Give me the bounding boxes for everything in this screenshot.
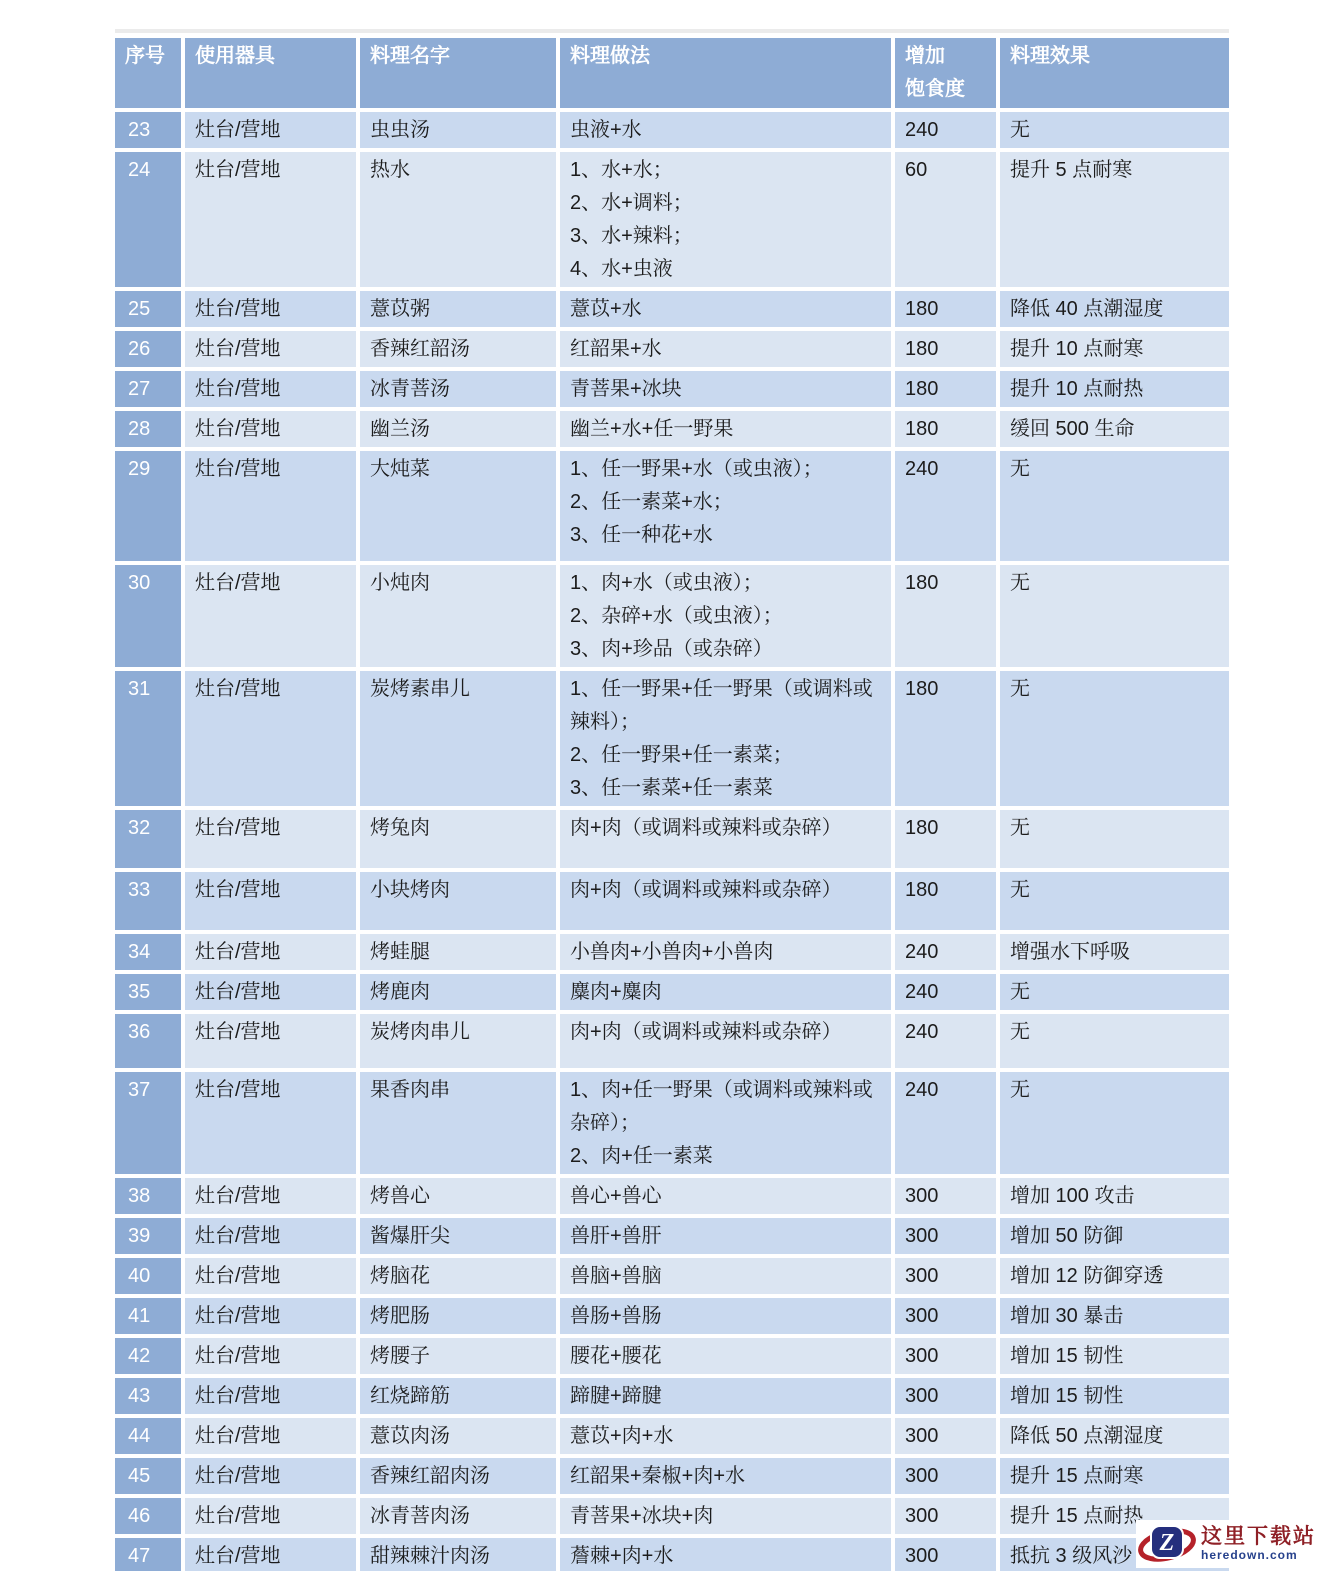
satiety-cell: 180: [895, 371, 996, 407]
recipe-cell: 蹄腱+蹄腱: [560, 1378, 891, 1414]
table-row: 29灶台/营地大炖菜1、任一野果+水（或虫液）； 2、任一素菜+水； 3、任一种…: [115, 451, 1229, 561]
effect-cell: 无: [1000, 112, 1229, 148]
dish-name-cell: 烤肥肠: [360, 1298, 556, 1334]
recipe-cell: 1、水+水； 2、水+调料； 3、水+辣料； 4、水+虫液: [560, 152, 891, 287]
row-number-cell: 47: [115, 1538, 181, 1571]
table-row: 24灶台/营地热水1、水+水； 2、水+调料； 3、水+辣料； 4、水+虫液60…: [115, 152, 1229, 287]
satiety-cell: 300: [895, 1378, 996, 1414]
row-number-cell: 28: [115, 411, 181, 447]
effect-cell: 增加 100 攻击: [1000, 1178, 1229, 1214]
recipe-cell: 肉+肉（或调料或辣料或杂碎）: [560, 1014, 891, 1068]
table-row: 44灶台/营地薏苡肉汤薏苡+肉+水300降低 50 点潮湿度: [115, 1418, 1229, 1454]
row-number-cell: 27: [115, 371, 181, 407]
page: 序号使用器具料理名字料理做法增加 饱食度料理效果 23灶台/营地虫虫汤虫液+水2…: [0, 0, 1320, 1571]
table-row: 41灶台/营地烤肥肠兽肠+兽肠300增加 30 暴击: [115, 1298, 1229, 1334]
heredown-logo-icon: Z: [1138, 1521, 1196, 1567]
recipe-cell: 虫液+水: [560, 112, 891, 148]
table-row: 37灶台/营地果香肉串1、肉+任一野果（或调料或辣料或杂碎）； 2、肉+任一素菜…: [115, 1072, 1229, 1174]
row-number-cell: 24: [115, 152, 181, 287]
table-row: 28灶台/营地幽兰汤幽兰+水+任一野果180缓回 500 生命: [115, 411, 1229, 447]
recipe-cell: 兽肠+兽肠: [560, 1298, 891, 1334]
satiety-cell: 180: [895, 810, 996, 868]
row-number-cell: 34: [115, 934, 181, 970]
row-number-cell: 41: [115, 1298, 181, 1334]
tool-cell: 灶台/营地: [185, 1258, 356, 1294]
effect-cell: 无: [1000, 1014, 1229, 1068]
effect-cell: 增加 15 韧性: [1000, 1338, 1229, 1374]
effect-cell: 无: [1000, 565, 1229, 667]
column-header-2: 料理名字: [360, 38, 556, 108]
satiety-cell: 300: [895, 1258, 996, 1294]
recipe-cell: 1、肉+水（或虫液）； 2、杂碎+水（或虫液）； 3、肉+珍品（或杂碎）: [560, 565, 891, 667]
satiety-cell: 300: [895, 1218, 996, 1254]
satiety-cell: 180: [895, 565, 996, 667]
satiety-cell: 240: [895, 974, 996, 1010]
column-header-0: 序号: [115, 38, 181, 108]
logo-letter: Z: [1159, 1530, 1175, 1556]
dish-name-cell: 烤鹿肉: [360, 974, 556, 1010]
dish-name-cell: 薏苡粥: [360, 291, 556, 327]
table-row: 27灶台/营地冰青菩汤青菩果+冰块180提升 10 点耐热: [115, 371, 1229, 407]
row-number-cell: 23: [115, 112, 181, 148]
table-row: 32灶台/营地烤兔肉肉+肉（或调料或辣料或杂碎）180无: [115, 810, 1229, 868]
satiety-cell: 240: [895, 1014, 996, 1068]
row-number-cell: 30: [115, 565, 181, 667]
row-number-cell: 46: [115, 1498, 181, 1534]
dish-name-cell: 甜辣棘汁肉汤: [360, 1538, 556, 1571]
effect-cell: 缓回 500 生命: [1000, 411, 1229, 447]
recipe-cell: 1、肉+任一野果（或调料或辣料或杂碎）； 2、肉+任一素菜: [560, 1072, 891, 1174]
column-header-5: 料理效果: [1000, 38, 1229, 108]
tool-cell: 灶台/营地: [185, 565, 356, 667]
dish-name-cell: 红烧蹄筋: [360, 1378, 556, 1414]
dish-name-cell: 炭烤肉串儿: [360, 1014, 556, 1068]
dish-name-cell: 果香肉串: [360, 1072, 556, 1174]
tool-cell: 灶台/营地: [185, 331, 356, 367]
satiety-cell: 300: [895, 1498, 996, 1534]
effect-cell: 无: [1000, 810, 1229, 868]
row-number-cell: 25: [115, 291, 181, 327]
recipe-cell: 麋肉+麋肉: [560, 974, 891, 1010]
dish-name-cell: 烤蛙腿: [360, 934, 556, 970]
dish-name-cell: 香辣红韶肉汤: [360, 1458, 556, 1494]
table-row: 47灶台/营地甜辣棘汁肉汤薝棘+肉+水300抵抗 3 级风沙: [115, 1538, 1229, 1571]
satiety-cell: 180: [895, 331, 996, 367]
satiety-cell: 240: [895, 451, 996, 561]
satiety-cell: 180: [895, 291, 996, 327]
satiety-cell: 300: [895, 1418, 996, 1454]
tool-cell: 灶台/营地: [185, 872, 356, 930]
column-header-3: 料理做法: [560, 38, 891, 108]
recipe-cell: 青菩果+冰块: [560, 371, 891, 407]
tool-cell: 灶台/营地: [185, 1538, 356, 1571]
effect-cell: 增加 30 暴击: [1000, 1298, 1229, 1334]
table-row: 42灶台/营地烤腰子腰花+腰花300增加 15 韧性: [115, 1338, 1229, 1374]
dish-name-cell: 烤兽心: [360, 1178, 556, 1214]
table-row: 34灶台/营地烤蛙腿小兽肉+小兽肉+小兽肉240增强水下呼吸: [115, 934, 1229, 970]
tool-cell: 灶台/营地: [185, 1178, 356, 1214]
recipe-table: 序号使用器具料理名字料理做法增加 饱食度料理效果 23灶台/营地虫虫汤虫液+水2…: [111, 34, 1233, 1571]
dish-name-cell: 烤腰子: [360, 1338, 556, 1374]
table-body: 23灶台/营地虫虫汤虫液+水240无24灶台/营地热水1、水+水； 2、水+调料…: [115, 112, 1229, 1571]
dish-name-cell: 烤兔肉: [360, 810, 556, 868]
recipe-cell: 1、任一野果+任一野果（或调料或辣料）； 2、任一野果+任一素菜； 3、任一素菜…: [560, 671, 891, 806]
table-row: 43灶台/营地红烧蹄筋蹄腱+蹄腱300增加 15 韧性: [115, 1378, 1229, 1414]
table-row: 31灶台/营地炭烤素串儿1、任一野果+任一野果（或调料或辣料）； 2、任一野果+…: [115, 671, 1229, 806]
recipe-cell: 腰花+腰花: [560, 1338, 891, 1374]
dish-name-cell: 小块烤肉: [360, 872, 556, 930]
effect-cell: 增强水下呼吸: [1000, 934, 1229, 970]
tool-cell: 灶台/营地: [185, 291, 356, 327]
row-number-cell: 45: [115, 1458, 181, 1494]
tool-cell: 灶台/营地: [185, 1014, 356, 1068]
watermark-domain: heredown.com: [1201, 1549, 1316, 1562]
satiety-cell: 180: [895, 671, 996, 806]
dish-name-cell: 虫虫汤: [360, 112, 556, 148]
satiety-cell: 300: [895, 1178, 996, 1214]
effect-cell: 降低 40 点潮湿度: [1000, 291, 1229, 327]
recipe-cell: 红韶果+水: [560, 331, 891, 367]
row-number-cell: 42: [115, 1338, 181, 1374]
satiety-cell: 60: [895, 152, 996, 287]
row-number-cell: 31: [115, 671, 181, 806]
dish-name-cell: 薏苡肉汤: [360, 1418, 556, 1454]
tool-cell: 灶台/营地: [185, 1378, 356, 1414]
row-number-cell: 39: [115, 1218, 181, 1254]
dish-name-cell: 热水: [360, 152, 556, 287]
tool-cell: 灶台/营地: [185, 152, 356, 287]
tool-cell: 灶台/营地: [185, 810, 356, 868]
table-top-sliver: [115, 29, 1229, 33]
recipe-cell: 幽兰+水+任一野果: [560, 411, 891, 447]
satiety-cell: 300: [895, 1458, 996, 1494]
effect-cell: 降低 50 点潮湿度: [1000, 1418, 1229, 1454]
tool-cell: 灶台/营地: [185, 934, 356, 970]
row-number-cell: 26: [115, 331, 181, 367]
tool-cell: 灶台/营地: [185, 112, 356, 148]
satiety-cell: 240: [895, 934, 996, 970]
effect-cell: 增加 12 防御穿透: [1000, 1258, 1229, 1294]
dish-name-cell: 冰青菩汤: [360, 371, 556, 407]
recipe-cell: 兽心+兽心: [560, 1178, 891, 1214]
table-row: 25灶台/营地薏苡粥薏苡+水180降低 40 点潮湿度: [115, 291, 1229, 327]
effect-cell: 提升 5 点耐寒: [1000, 152, 1229, 287]
effect-cell: 无: [1000, 671, 1229, 806]
table-row: 35灶台/营地烤鹿肉麋肉+麋肉240无: [115, 974, 1229, 1010]
dish-name-cell: 幽兰汤: [360, 411, 556, 447]
table-row: 38灶台/营地烤兽心兽心+兽心300增加 100 攻击: [115, 1178, 1229, 1214]
table-row: 36灶台/营地炭烤肉串儿肉+肉（或调料或辣料或杂碎）240无: [115, 1014, 1229, 1068]
effect-cell: 无: [1000, 872, 1229, 930]
effect-cell: 无: [1000, 451, 1229, 561]
dish-name-cell: 酱爆肝尖: [360, 1218, 556, 1254]
row-number-cell: 44: [115, 1418, 181, 1454]
tool-cell: 灶台/营地: [185, 1218, 356, 1254]
table-row: 46灶台/营地冰青菩肉汤青菩果+冰块+肉300提升 15 点耐热: [115, 1498, 1229, 1534]
recipe-cell: 兽脑+兽脑: [560, 1258, 891, 1294]
effect-cell: 无: [1000, 974, 1229, 1010]
heredown-watermark[interactable]: Z 这里下载站 heredown.com: [1136, 1520, 1318, 1568]
satiety-cell: 180: [895, 411, 996, 447]
dish-name-cell: 炭烤素串儿: [360, 671, 556, 806]
recipe-cell: 肉+肉（或调料或辣料或杂碎）: [560, 810, 891, 868]
dish-name-cell: 冰青菩肉汤: [360, 1498, 556, 1534]
row-number-cell: 43: [115, 1378, 181, 1414]
tool-cell: 灶台/营地: [185, 671, 356, 806]
recipe-cell: 红韶果+秦椒+肉+水: [560, 1458, 891, 1494]
row-number-cell: 33: [115, 872, 181, 930]
effect-cell: 增加 15 韧性: [1000, 1378, 1229, 1414]
row-number-cell: 29: [115, 451, 181, 561]
row-number-cell: 40: [115, 1258, 181, 1294]
dish-name-cell: 烤脑花: [360, 1258, 556, 1294]
satiety-cell: 300: [895, 1298, 996, 1334]
row-number-cell: 38: [115, 1178, 181, 1214]
row-number-cell: 37: [115, 1072, 181, 1174]
dish-name-cell: 小炖肉: [360, 565, 556, 667]
recipe-cell: 薏苡+肉+水: [560, 1418, 891, 1454]
dish-name-cell: 香辣红韶汤: [360, 331, 556, 367]
tool-cell: 灶台/营地: [185, 1458, 356, 1494]
tool-cell: 灶台/营地: [185, 1338, 356, 1374]
effect-cell: 提升 10 点耐热: [1000, 371, 1229, 407]
satiety-cell: 300: [895, 1338, 996, 1374]
tool-cell: 灶台/营地: [185, 1418, 356, 1454]
effect-cell: 提升 15 点耐寒: [1000, 1458, 1229, 1494]
table-header-row: 序号使用器具料理名字料理做法增加 饱食度料理效果: [115, 38, 1229, 108]
tool-cell: 灶台/营地: [185, 974, 356, 1010]
satiety-cell: 240: [895, 112, 996, 148]
tool-cell: 灶台/营地: [185, 411, 356, 447]
tool-cell: 灶台/营地: [185, 371, 356, 407]
row-number-cell: 36: [115, 1014, 181, 1068]
tool-cell: 灶台/营地: [185, 1298, 356, 1334]
satiety-cell: 300: [895, 1538, 996, 1571]
recipe-cell: 1、任一野果+水（或虫液）； 2、任一素菜+水； 3、任一种花+水: [560, 451, 891, 561]
recipe-cell: 青菩果+冰块+肉: [560, 1498, 891, 1534]
recipe-cell: 小兽肉+小兽肉+小兽肉: [560, 934, 891, 970]
table-row: 45灶台/营地香辣红韶肉汤红韶果+秦椒+肉+水300提升 15 点耐寒: [115, 1458, 1229, 1494]
table-row: 39灶台/营地酱爆肝尖兽肝+兽肝300增加 50 防御: [115, 1218, 1229, 1254]
table-row: 30灶台/营地小炖肉1、肉+水（或虫液）； 2、杂碎+水（或虫液）； 3、肉+珍…: [115, 565, 1229, 667]
effect-cell: 无: [1000, 1072, 1229, 1174]
column-header-4: 增加 饱食度: [895, 38, 996, 108]
column-header-1: 使用器具: [185, 38, 356, 108]
tool-cell: 灶台/营地: [185, 451, 356, 561]
recipe-cell: 薏苡+水: [560, 291, 891, 327]
table-row: 26灶台/营地香辣红韶汤红韶果+水180提升 10 点耐寒: [115, 331, 1229, 367]
row-number-cell: 35: [115, 974, 181, 1010]
recipe-cell: 兽肝+兽肝: [560, 1218, 891, 1254]
watermark-site-name: 这里下载站: [1201, 1525, 1316, 1548]
row-number-cell: 32: [115, 810, 181, 868]
table-row: 40灶台/营地烤脑花兽脑+兽脑300增加 12 防御穿透: [115, 1258, 1229, 1294]
satiety-cell: 180: [895, 872, 996, 930]
recipe-cell: 薝棘+肉+水: [560, 1538, 891, 1571]
table-row: 23灶台/营地虫虫汤虫液+水240无: [115, 112, 1229, 148]
dish-name-cell: 大炖菜: [360, 451, 556, 561]
tool-cell: 灶台/营地: [185, 1498, 356, 1534]
satiety-cell: 240: [895, 1072, 996, 1174]
table-row: 33灶台/营地小块烤肉肉+肉（或调料或辣料或杂碎）180无: [115, 872, 1229, 930]
effect-cell: 提升 10 点耐寒: [1000, 331, 1229, 367]
recipe-cell: 肉+肉（或调料或辣料或杂碎）: [560, 872, 891, 930]
effect-cell: 增加 50 防御: [1000, 1218, 1229, 1254]
tool-cell: 灶台/营地: [185, 1072, 356, 1174]
